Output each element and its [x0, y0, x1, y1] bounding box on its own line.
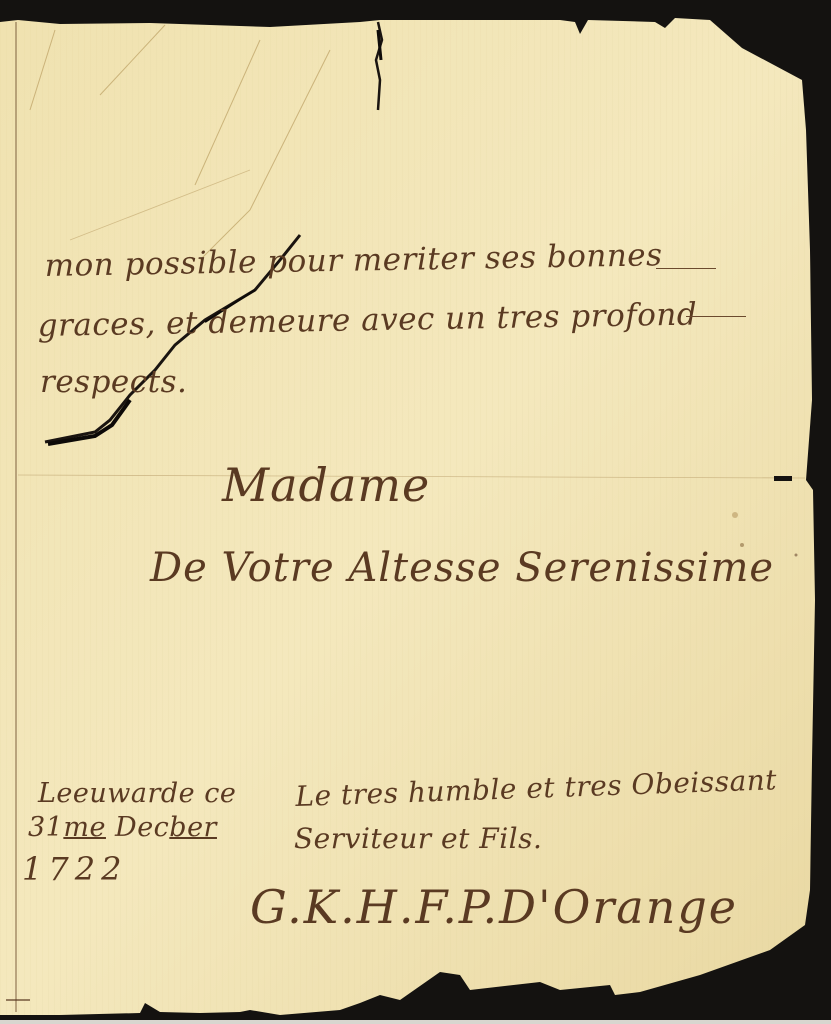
dateline-date: 31me Decber [28, 812, 217, 843]
closing-line-2: Serviteur et Fils. [294, 822, 542, 855]
dateline-year: 1722 [22, 850, 127, 888]
date-day: 31 [28, 812, 63, 843]
honorific-line: De Votre Altesse Serenissime [150, 545, 774, 591]
salutation: Madame [222, 458, 430, 512]
date-month: Dec [115, 812, 169, 843]
dateline-place: Leeuwarde ce [38, 778, 236, 809]
line-filler-dash [656, 268, 716, 269]
body-line-3: respects. [40, 364, 187, 400]
line-filler-dash [686, 316, 746, 317]
scan-border [0, 1020, 831, 1024]
date-day-suffix: me [63, 812, 106, 843]
signature: G.K.H.F.P.D'Orange [250, 880, 738, 934]
date-month-suffix: ber [169, 812, 217, 843]
